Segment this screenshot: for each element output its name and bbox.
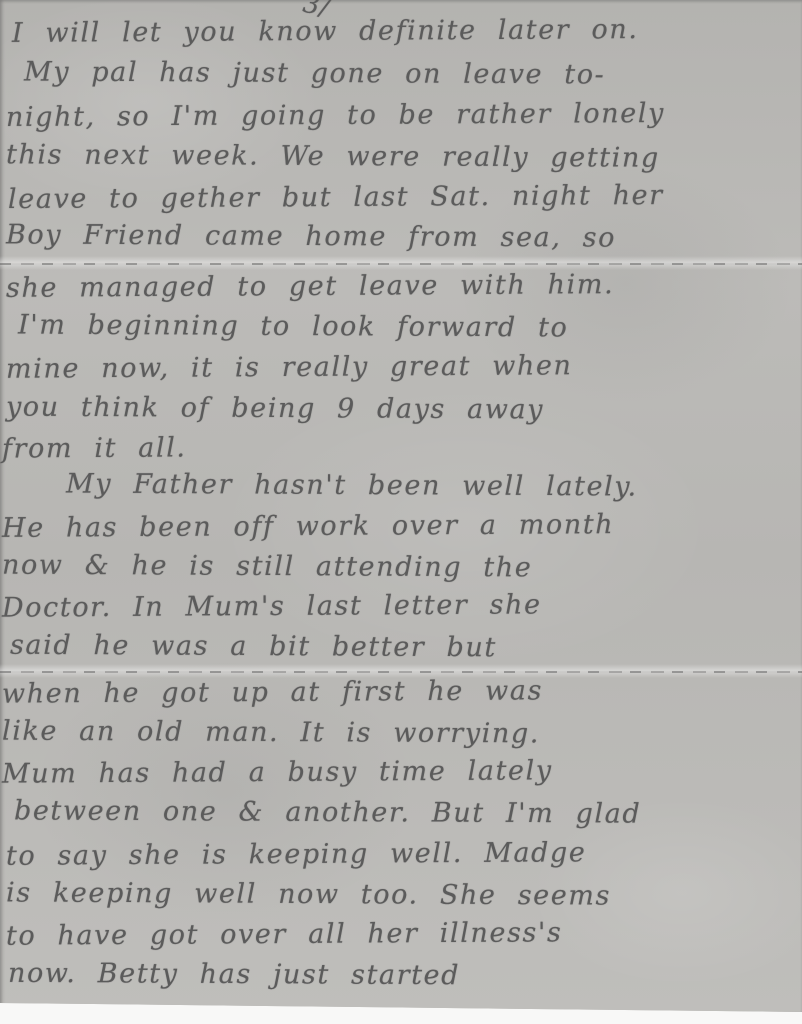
handwritten-line: she managed to get leave with him.: [6, 269, 614, 304]
handwritten-line: between one & another. But I'm glad: [14, 795, 641, 829]
handwritten-line: to have got over all her illness's: [6, 917, 563, 951]
handwritten-line: this next week. We were really getting: [6, 139, 660, 173]
handwritten-line: I will let you know definite later on.: [12, 14, 639, 49]
handwritten-line: leave to gether but last Sat. night her: [8, 180, 664, 215]
handwritten-line: mine now, it is really great when: [6, 350, 573, 384]
handwritten-line: now. Betty has just started: [8, 958, 460, 991]
handwritten-line: said he was a bit better but: [10, 630, 497, 664]
handwritten-line: Doctor. In Mum's last letter she: [2, 589, 542, 623]
handwritten-line: from it all.: [2, 432, 187, 464]
handwritten-line: you think of being 9 days away: [6, 392, 544, 426]
handwritten-line: Mum has had a busy time lately: [2, 755, 553, 789]
handwritten-line: Boy Friend came home from sea, so: [6, 219, 616, 253]
handwritten-line: night, so I'm going to be rather lonely: [6, 98, 665, 133]
handwritten-line: My Father hasn't been well lately.: [66, 469, 638, 503]
letter-body: I will let you know definite later on. M…: [0, 0, 802, 1014]
handwritten-line: I'm beginning to look forward to: [18, 310, 568, 344]
handwritten-line: is keeping well now too. She seems: [6, 877, 611, 911]
handwritten-line: when he got up at first he was: [2, 675, 543, 709]
handwritten-line: to say she is keeping well. Madge: [6, 837, 587, 872]
handwritten-line: He has been off work over a month: [2, 509, 614, 544]
handwritten-line: like an old man. It is worrying.: [2, 716, 540, 750]
handwritten-line: My pal has just gone on leave to-: [24, 56, 605, 90]
letter-page: 3/ I will let you know definite later on…: [0, 0, 802, 1014]
handwritten-line: now & he is still attending the: [2, 550, 532, 584]
